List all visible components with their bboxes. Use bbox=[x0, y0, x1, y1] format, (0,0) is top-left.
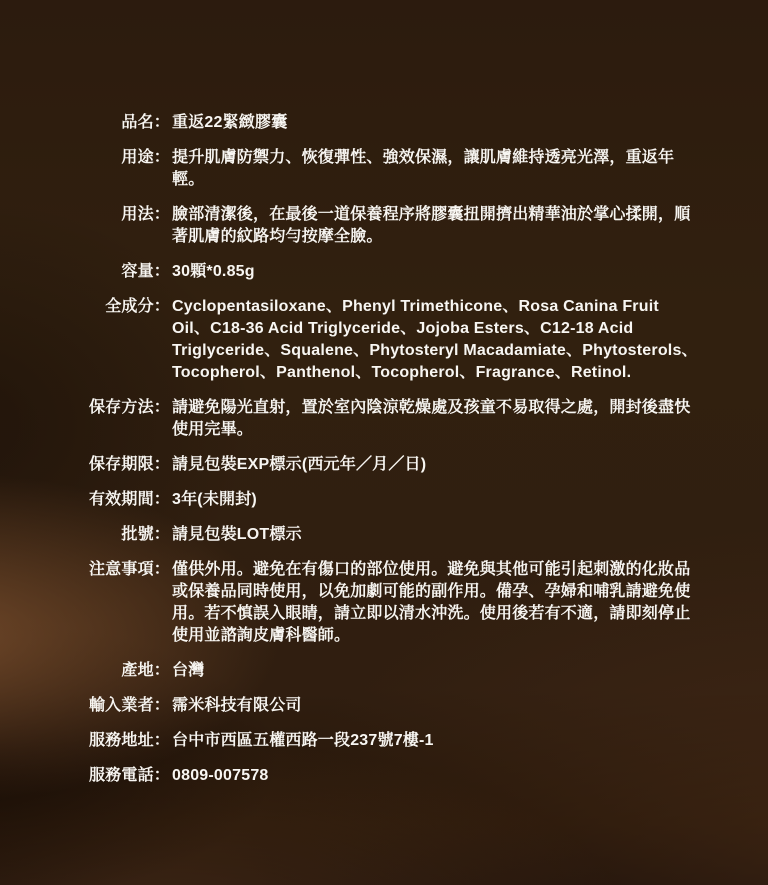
validity-period-label: 有效期間： bbox=[0, 489, 170, 511]
row-ingredients: 全成分： Cyclopentasiloxane、Phenyl Trimethic… bbox=[0, 296, 768, 384]
batch-number-value: 請見包裝LOT標示 bbox=[172, 524, 700, 546]
usage-purpose-value: 提升肌膚防禦力、恢復彈性、強效保濕，讓肌膚維持透亮光澤，重返年輕。 bbox=[172, 147, 700, 191]
product-info-sheet: 品名： 重返22緊緻膠囊 用途： 提升肌膚防禦力、恢復彈性、強效保濕，讓肌膚維持… bbox=[0, 0, 768, 885]
row-product-name: 品名： 重返22緊緻膠囊 bbox=[0, 112, 768, 134]
origin-value: 台灣 bbox=[172, 660, 700, 682]
batch-number-label: 批號： bbox=[0, 524, 170, 546]
service-phone-label: 服務電話： bbox=[0, 765, 170, 787]
product-info-list: 品名： 重返22緊緻膠囊 用途： 提升肌膚防禦力、恢復彈性、強效保濕，讓肌膚維持… bbox=[0, 112, 768, 800]
usage-method-label: 用法： bbox=[0, 204, 170, 226]
row-validity-period: 有效期間： 3年(未開封) bbox=[0, 489, 768, 511]
expiry-date-value: 請見包裝EXP標示(西元年／月／日) bbox=[172, 454, 700, 476]
row-storage-method: 保存方法： 請避免陽光直射，置於室內陰涼乾燥處及孩童不易取得之處，開封後盡快使用… bbox=[0, 397, 768, 441]
row-service-address: 服務地址： 台中市西區五權西路一段237號7樓-1 bbox=[0, 730, 768, 752]
ingredients-value: Cyclopentasiloxane、Phenyl Trimethicone、R… bbox=[172, 296, 700, 384]
row-usage-purpose: 用途： 提升肌膚防禦力、恢復彈性、強效保濕，讓肌膚維持透亮光澤，重返年輕。 bbox=[0, 147, 768, 191]
importer-value: 霈米科技有限公司 bbox=[172, 695, 700, 717]
row-origin: 產地： 台灣 bbox=[0, 660, 768, 682]
ingredients-label: 全成分： bbox=[0, 296, 170, 318]
row-importer: 輸入業者： 霈米科技有限公司 bbox=[0, 695, 768, 717]
capacity-value: 30顆*0.85g bbox=[172, 261, 700, 283]
precautions-label: 注意事項： bbox=[0, 559, 170, 581]
usage-purpose-label: 用途： bbox=[0, 147, 170, 169]
importer-label: 輸入業者： bbox=[0, 695, 170, 717]
service-address-value: 台中市西區五權西路一段237號7樓-1 bbox=[172, 730, 700, 752]
usage-method-value: 臉部清潔後，在最後一道保養程序將膠囊扭開擠出精華油於掌心揉開，順著肌膚的紋路均勻… bbox=[172, 204, 700, 248]
row-capacity: 容量： 30顆*0.85g bbox=[0, 261, 768, 283]
product-name-value: 重返22緊緻膠囊 bbox=[172, 112, 700, 134]
row-precautions: 注意事項： 僅供外用。避免在有傷口的部位使用。避免與其他可能引起刺激的化妝品或保… bbox=[0, 559, 768, 647]
row-expiry-date: 保存期限： 請見包裝EXP標示(西元年／月／日) bbox=[0, 454, 768, 476]
row-usage-method: 用法： 臉部清潔後，在最後一道保養程序將膠囊扭開擠出精華油於掌心揉開，順著肌膚的… bbox=[0, 204, 768, 248]
service-phone-value: 0809-007578 bbox=[172, 765, 700, 787]
product-name-label: 品名： bbox=[0, 112, 170, 134]
validity-period-value: 3年(未開封) bbox=[172, 489, 700, 511]
service-address-label: 服務地址： bbox=[0, 730, 170, 752]
row-service-phone: 服務電話： 0809-007578 bbox=[0, 765, 768, 787]
expiry-date-label: 保存期限： bbox=[0, 454, 170, 476]
precautions-value: 僅供外用。避免在有傷口的部位使用。避免與其他可能引起刺激的化妝品或保養品同時使用… bbox=[172, 559, 700, 647]
storage-method-value: 請避免陽光直射，置於室內陰涼乾燥處及孩童不易取得之處，開封後盡快使用完畢。 bbox=[172, 397, 700, 441]
storage-method-label: 保存方法： bbox=[0, 397, 170, 419]
capacity-label: 容量： bbox=[0, 261, 170, 283]
row-batch-number: 批號： 請見包裝LOT標示 bbox=[0, 524, 768, 546]
origin-label: 產地： bbox=[0, 660, 170, 682]
